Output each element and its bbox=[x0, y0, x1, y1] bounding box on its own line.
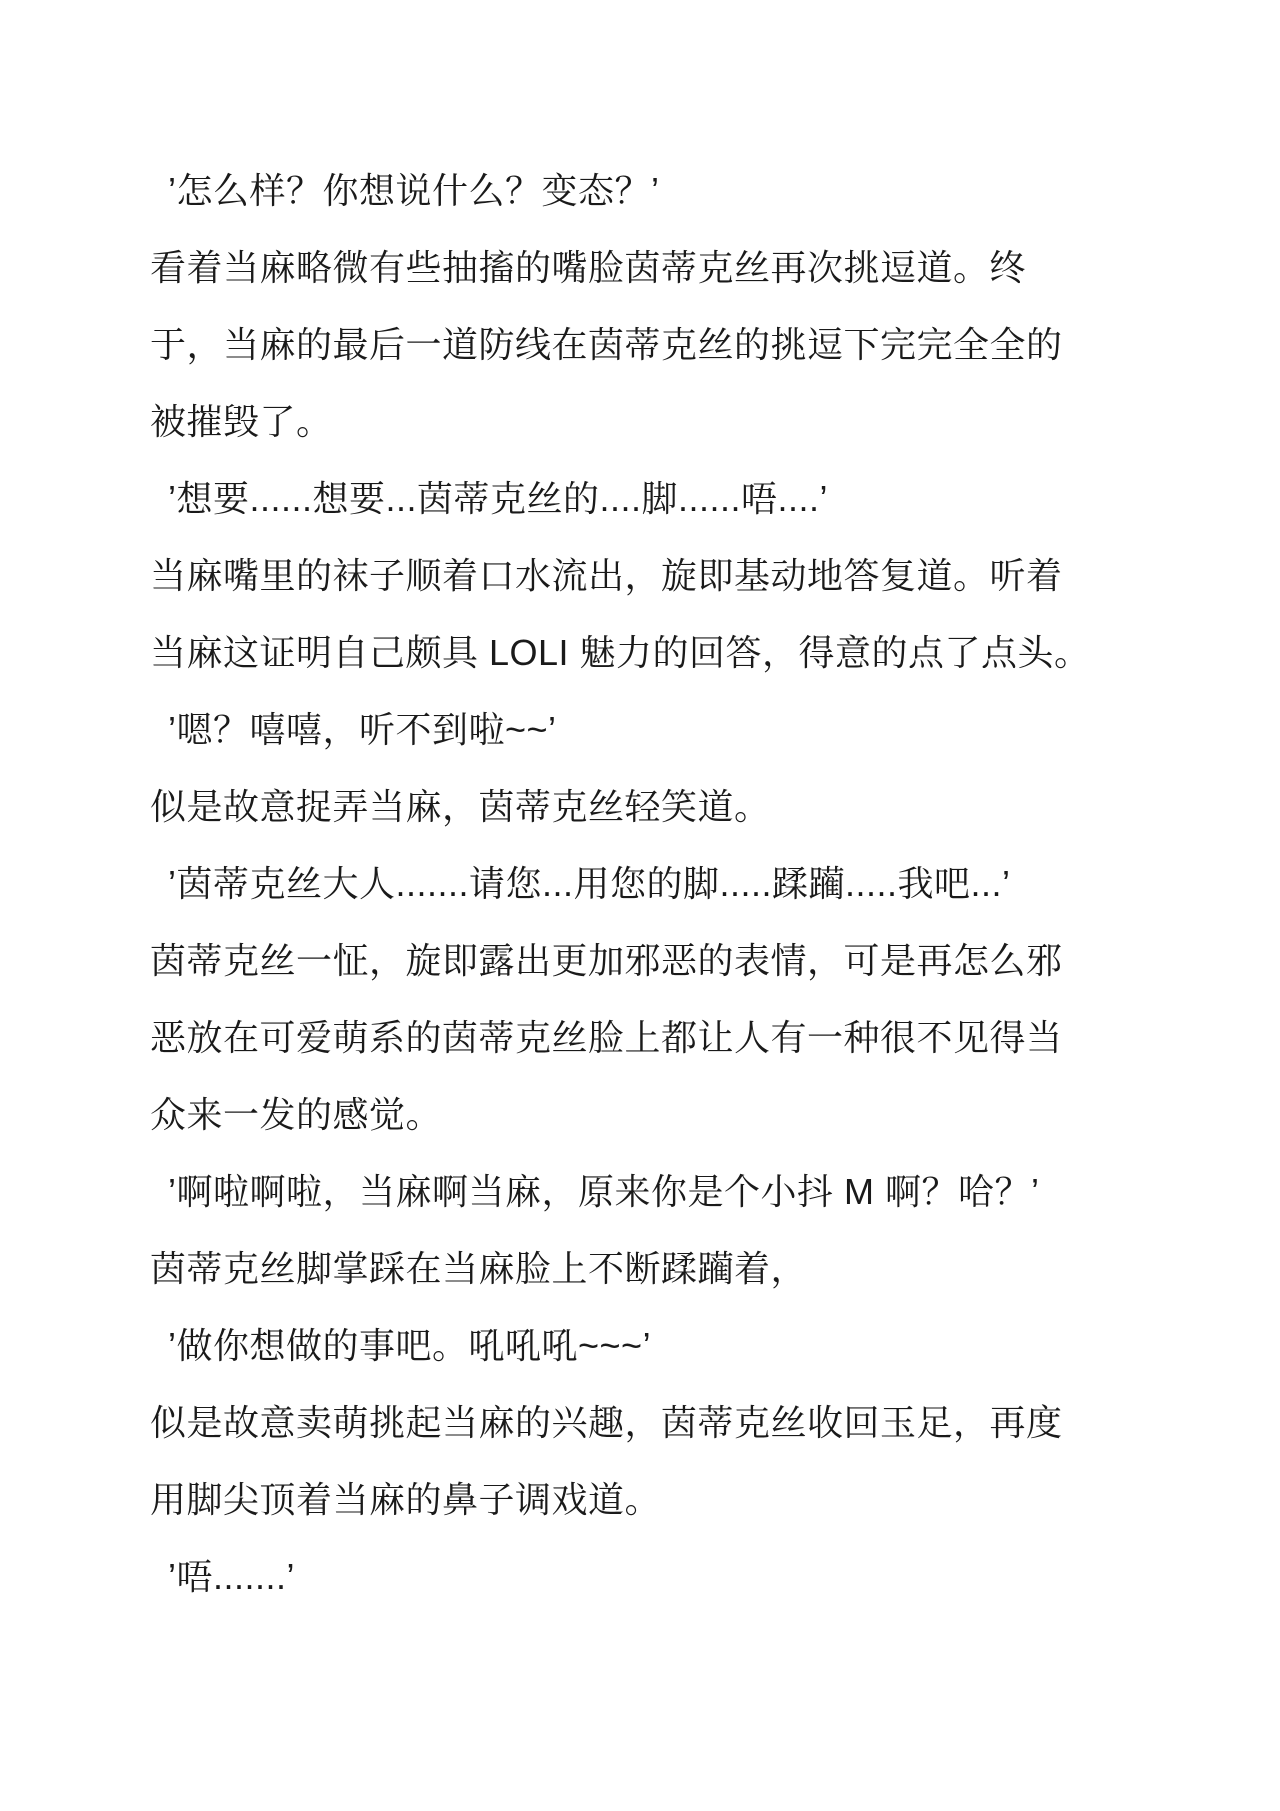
text-line: 于，当麻的最后一道防线在茵蒂克丝的挑逗下完完全全的 bbox=[150, 306, 1110, 383]
text-line: 被摧毁了。 bbox=[150, 383, 1110, 460]
novel-text-block: ’怎么样？你想说什么？变态？’ 看着当麻略微有些抽搐的嘴脸茵蒂克丝再次挑逗道。终… bbox=[150, 152, 1110, 1615]
text-line: 茵蒂克丝脚掌踩在当麻脸上不断蹂躏着， bbox=[150, 1230, 1110, 1307]
text-line: 似是故意捉弄当麻，茵蒂克丝轻笑道。 bbox=[150, 768, 1110, 845]
reader-page: ’怎么样？你想说什么？变态？’ 看着当麻略微有些抽搐的嘴脸茵蒂克丝再次挑逗道。终… bbox=[0, 0, 1280, 1811]
text-line: ’嗯？嘻嘻，听不到啦~~’ bbox=[150, 691, 1110, 768]
text-line: ’唔.......’ bbox=[150, 1538, 1110, 1615]
text-line: 茵蒂克丝一怔，旋即露出更加邪恶的表情，可是再怎么邪 bbox=[150, 922, 1110, 999]
text-line: 当麻嘴里的袜子顺着口水流出，旋即基动地答复道。听着 bbox=[150, 537, 1110, 614]
text-line: ’想要......想要...茵蒂克丝的....脚......唔....’ bbox=[150, 460, 1110, 537]
text-line: ’怎么样？你想说什么？变态？’ bbox=[150, 152, 1110, 229]
text-line: ’啊啦啊啦，当麻啊当麻，原来你是个小抖 M 啊？哈？’ bbox=[150, 1153, 1110, 1230]
text-line: 众来一发的感觉。 bbox=[150, 1076, 1110, 1153]
text-line: ’做你想做的事吧。吼吼吼~~~’ bbox=[150, 1307, 1110, 1384]
text-line: 似是故意卖萌挑起当麻的兴趣，茵蒂克丝收回玉足，再度 bbox=[150, 1384, 1110, 1461]
text-line: ’茵蒂克丝大人.......请您...用您的脚.....蹂躏.....我吧...… bbox=[150, 845, 1110, 922]
text-line: 看着当麻略微有些抽搐的嘴脸茵蒂克丝再次挑逗道。终 bbox=[150, 229, 1110, 306]
text-line: 用脚尖顶着当麻的鼻子调戏道。 bbox=[150, 1461, 1110, 1538]
text-line: 恶放在可爱萌系的茵蒂克丝脸上都让人有一种很不见得当 bbox=[150, 999, 1110, 1076]
text-line: 当麻这证明自己颇具 LOLI 魅力的回答，得意的点了点头。 bbox=[150, 614, 1110, 691]
